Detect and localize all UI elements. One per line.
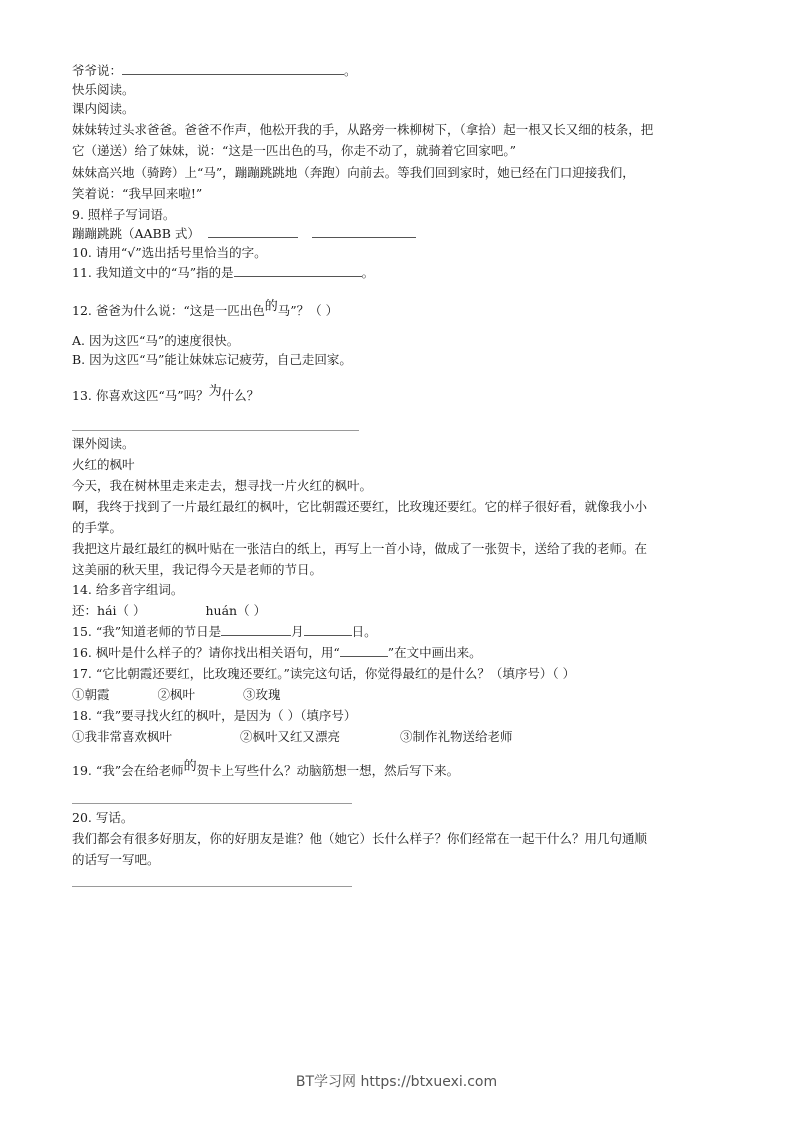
period: 。 xyxy=(362,265,375,280)
pinyin-hai-answer[interactable]: hái（ ） xyxy=(97,603,145,618)
question-16: 16. 枫叶是什么样子的？请你找出相关语句，用“”在文中画出来。 xyxy=(72,644,482,662)
answer-line[interactable] xyxy=(72,886,352,887)
grandpa-said-line: 爷爷说：。 xyxy=(72,62,357,80)
section-heading-happy-reading: 快乐阅读。 xyxy=(72,81,135,99)
option-1[interactable]: ①我非常喜欢枫叶 xyxy=(72,729,172,744)
passage1-line: 妹妹转过头求爸爸。爸爸不作声，他松开我的手，从路旁一株柳树下，（拿拾）起一根又长… xyxy=(72,121,653,139)
question-15: 15. “我”知道老师的节日是月日。 xyxy=(72,623,377,641)
passage2-line: 这美丽的秋天里，我记得今天是老师的节日。 xyxy=(72,561,322,579)
superscript-char: 的 xyxy=(184,759,197,774)
option-1[interactable]: ①朝霞 xyxy=(72,687,110,702)
question-12-option-b[interactable]: B. 因为这匹“马”能让妹妹忘记疲劳，自己走回家。 xyxy=(72,351,352,369)
question-19-text-end: 贺卡上写些什么？动脑筋想一想，然后写下来。 xyxy=(197,763,460,778)
question-13-text: 13. 你喜欢这匹“马”吗？ xyxy=(72,388,209,403)
question-14-pinyin-row: 还：hái（ ）huán（ ） xyxy=(72,602,266,620)
question-20-prompt-line: 的话写一写吧。 xyxy=(72,851,160,869)
section-heading-in-class-reading: 课内阅读。 xyxy=(72,100,135,118)
answer-blank[interactable] xyxy=(312,225,416,238)
question-13: 13. 你喜欢这匹“马”吗？为什么？ xyxy=(72,387,259,406)
question-17: 17. “它比朝霞还要红，比玫瑰还要红。”读完这句话，你觉得最红的是什么？（填序… xyxy=(72,665,575,683)
passage1-line: 它（递送）给了妹妹，说：“这是一匹出色的马，你走不动了，就骑着它回家吧。” xyxy=(72,142,516,160)
passage2-line: 今天，我在树林里走来走去，想寻找一片火红的枫叶。 xyxy=(72,477,372,495)
option-2[interactable]: ②枫叶 xyxy=(158,687,196,702)
day-label: 日。 xyxy=(352,624,377,639)
polyphone-char: 还： xyxy=(72,603,97,618)
month-blank[interactable] xyxy=(221,623,291,636)
question-10: 10. 请用“√”选出括号里恰当的字。 xyxy=(72,244,267,262)
answer-blank[interactable] xyxy=(208,225,298,238)
question-18-options: ①我非常喜欢枫叶②枫叶又红又漂亮③制作礼物送给老师 xyxy=(72,728,513,746)
section-heading-extra-reading: 课外阅读。 xyxy=(72,435,135,453)
question-9-example: 蹦蹦跳跳（AABB 式） xyxy=(72,225,416,243)
question-11-text: 11. 我知道文中的“马”指的是 xyxy=(72,265,234,280)
question-16-text-end: ”在文中画出来。 xyxy=(388,645,482,660)
question-12-answer-bracket: 马”？（ ） xyxy=(278,303,338,318)
question-17-options: ①朝霞②枫叶③玫瑰 xyxy=(72,686,281,704)
question-11: 11. 我知道文中的“马”指的是。 xyxy=(72,264,374,282)
question-20-prompt-line: 我们都会有很多好朋友，你的好朋友是谁？他（她它）长什么样子？你们经常在一起干什么… xyxy=(72,830,647,848)
passage2-line: 我把这片最红最红的枫叶贴在一张洁白的纸上，再写上一首小诗，做成了一张贺卡，送给了… xyxy=(72,540,647,558)
passage2-title: 火红的枫叶 xyxy=(72,456,135,474)
question-13-text-end: 什么？ xyxy=(222,388,260,403)
underline-sample xyxy=(340,644,388,657)
question-15-text: 15. “我”知道老师的节日是 xyxy=(72,624,221,639)
watermark-footer: BT学习网 https://btxuexi.com xyxy=(0,1071,793,1091)
question-19: 19. “我”会在给老师的贺卡上写些什么？动脑筋想一想，然后写下来。 xyxy=(72,762,459,781)
question-9: 9. 照样子写词语。 xyxy=(72,206,175,224)
passage1-line: 笑着说：“我早回来啦!” xyxy=(72,185,202,203)
passage1-line: 妹妹高兴地（骑跨）上“马”，蹦蹦跳跳地（奔跑）向前去。等我们回到家时，她已经在门… xyxy=(72,164,635,182)
superscript-char: 为 xyxy=(209,384,222,399)
grandpa-said-label: 爷爷说： xyxy=(72,63,122,78)
question-12-text: 12. 爸爸为什么说：“这是一匹出色 xyxy=(72,303,265,318)
question-14: 14. 给多音字组词。 xyxy=(72,581,183,599)
option-3[interactable]: ③制作礼物送给老师 xyxy=(400,729,513,744)
answer-line[interactable] xyxy=(72,430,359,431)
question-12: 12. 爸爸为什么说：“这是一匹出色的马”？（ ） xyxy=(72,302,338,321)
question-19-text: 19. “我”会在给老师 xyxy=(72,763,184,778)
passage2-line: 啊，我终于找到了一片最红最红的枫叶，它比朝霞还要红，比玫瑰还要红。它的样子很好看… xyxy=(72,498,647,516)
answer-blank[interactable] xyxy=(122,62,344,75)
question-12-option-a[interactable]: A. 因为这匹“马”的速度很快。 xyxy=(72,332,239,350)
day-blank[interactable] xyxy=(304,623,352,636)
pinyin-huan-answer[interactable]: huán（ ） xyxy=(206,603,267,618)
question-18: 18. “我”要寻找火红的枫叶，是因为（ ）（填序号） xyxy=(72,707,356,725)
question-20: 20. 写话。 xyxy=(72,809,133,827)
superscript-char: 的 xyxy=(265,299,278,314)
month-label: 月 xyxy=(291,624,304,639)
example-word: 蹦蹦跳跳（AABB 式） xyxy=(72,226,200,241)
passage2-line: 的手掌。 xyxy=(72,519,122,537)
period: 。 xyxy=(344,63,357,78)
answer-blank[interactable] xyxy=(234,264,362,277)
question-16-text: 16. 枫叶是什么样子的？请你找出相关语句，用“ xyxy=(72,645,340,660)
option-3[interactable]: ③玫瑰 xyxy=(243,687,281,702)
answer-line[interactable] xyxy=(72,803,352,804)
option-2[interactable]: ②枫叶又红又漂亮 xyxy=(240,729,340,744)
